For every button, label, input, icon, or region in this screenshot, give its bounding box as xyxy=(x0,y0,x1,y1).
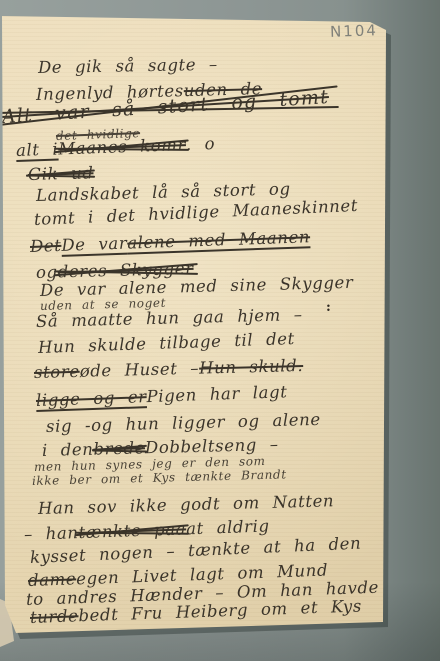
text-segment: at aldrig xyxy=(186,516,270,538)
text-segment: Det xyxy=(30,236,62,256)
manuscript-line: Det De var alene med Maanen xyxy=(30,227,311,256)
text-segment: Maanes komr xyxy=(58,135,186,158)
manuscript-line: ligge og er Pigen har lagt xyxy=(36,382,288,410)
text-segment: De gik så sagte – xyxy=(38,55,218,77)
text-segment: alene med Maanen xyxy=(127,227,310,252)
manuscript-line: De gik så sagte – xyxy=(38,55,218,77)
manuscript-line: Han sov ikke godt om Natten xyxy=(38,491,335,518)
text-segment: – han xyxy=(24,523,79,544)
manuscript-line: sig -og hun ligger og alene xyxy=(46,410,321,436)
manuscript-line: alt i Maanes komr. o xyxy=(16,134,216,160)
manuscript-photo: N104 : De gik så sagte –Ingenlyd hørtes … xyxy=(0,0,440,661)
text-segment: Han sov ikke godt om Natten xyxy=(38,491,335,518)
archive-number: N104 xyxy=(330,21,378,41)
text-segment: ligge og er xyxy=(36,387,147,410)
manuscript-line: Hun skulde tilbage til det xyxy=(38,329,295,357)
text-segment: Pigen har lagt xyxy=(146,382,287,406)
paper-sheet: N104 : De gik så sagte –Ingenlyd hørtes … xyxy=(0,0,440,661)
text-segment: . o xyxy=(186,134,216,154)
text-segment: De var xyxy=(61,234,128,255)
text-segment: Hun skulde tilbage til det xyxy=(38,329,295,357)
margin-mark: : xyxy=(326,300,331,315)
text-segment: øde Huset – xyxy=(79,359,199,381)
text-segment: alt i xyxy=(16,140,59,160)
manuscript-line: store øde Huset – Hun skuld. xyxy=(34,356,304,382)
manuscript-line: Gik ud xyxy=(28,163,94,184)
text-segment: Gik ud xyxy=(28,163,94,184)
text-segment: brede xyxy=(93,438,145,458)
text-segment: Hun skuld. xyxy=(199,356,304,378)
text-segment: i den xyxy=(42,440,94,460)
text-segment: store xyxy=(34,362,80,382)
text-segment: sig -og hun ligger og alene xyxy=(46,410,321,436)
text-segment: dame xyxy=(28,569,77,590)
text-segment: turde xyxy=(30,606,79,627)
text-segment: tænkte paa xyxy=(78,519,186,542)
